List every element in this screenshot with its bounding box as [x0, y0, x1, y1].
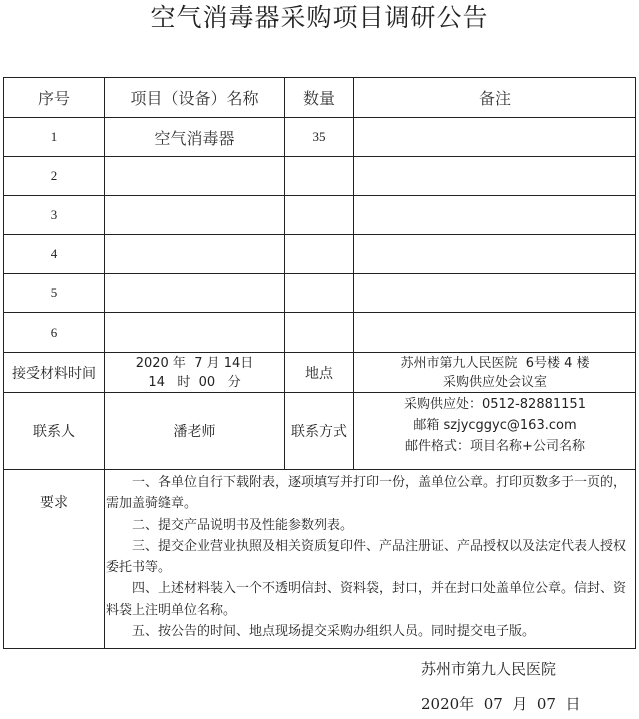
row-quantity [285, 196, 353, 234]
page-title: 空气消毒器采购项目调研公告 [0, 2, 639, 34]
contact-email[interactable]: 邮箱 szjycggyc@163.com [413, 415, 576, 436]
row-item-name [105, 235, 284, 273]
row-index: 1 [4, 118, 104, 156]
receive-time-value: 2020 年 7 月 14日 14 时 00 分 [105, 353, 284, 392]
contact-method-value: 采购供应处：0512-82881151 邮箱 szjycggyc@163.com… [354, 393, 636, 469]
row-item-name [105, 157, 284, 195]
row-item-name [105, 313, 284, 352]
requirement-item: 五、按公告的时间、地点现场提交采购办组织人员。同时提交电子版。 [106, 621, 630, 642]
contact-phone: 采购供应处：0512-82881151 [404, 394, 586, 415]
row-index: 3 [4, 196, 104, 234]
row-index: 6 [4, 313, 104, 352]
row-item-name [105, 274, 284, 312]
receive-time-label: 接受材料时间 [4, 353, 104, 392]
header-item-name: 项目（设备）名称 [105, 78, 284, 117]
row-remarks [354, 157, 636, 195]
row-quantity [285, 313, 353, 352]
row-index: 4 [4, 235, 104, 273]
contact-label: 联系人 [4, 393, 104, 469]
row-index: 5 [4, 274, 104, 312]
row-remarks [354, 313, 636, 352]
row-remarks [354, 274, 636, 312]
row-item-name [105, 196, 284, 234]
row-quantity: 35 [285, 118, 353, 156]
email-format: 邮件格式：项目名称+公司名称 [405, 436, 585, 457]
row-quantity [285, 274, 353, 312]
requirement-item: 一、各单位自行下载附表，逐项填写并打印一份，盖单位公章。打印页数多于一页的，需加… [106, 472, 630, 515]
requirements-label: 要求 [4, 470, 104, 534]
requirement-item: 四、上述材料装入一个不透明信封、资料袋，封口，并在封口处盖单位公章。信封、资料袋… [106, 578, 630, 621]
header-remarks: 备注 [354, 78, 636, 117]
receive-date: 2020 年 7 月 14日 [136, 354, 254, 373]
location-value: 苏州市第九人民医院 6号楼 4 楼 采购供应处会议室 [354, 353, 636, 392]
row-remarks [354, 196, 636, 234]
row-index: 2 [4, 157, 104, 195]
row-quantity [285, 157, 353, 195]
header-quantity: 数量 [285, 78, 353, 117]
requirements-list: 一、各单位自行下载附表，逐项填写并打印一份，盖单位公章。打印页数多于一页的，需加… [104, 470, 634, 642]
row-remarks [354, 235, 636, 273]
signature-date: 2020年 07 月 07 日 [421, 693, 581, 714]
contact-method-label: 联系方式 [285, 393, 353, 469]
requirement-item: 二、提交产品说明书及性能参数列表。 [106, 515, 630, 536]
row-item-name: 空气消毒器 [105, 118, 284, 156]
location-label: 地点 [285, 353, 353, 392]
header-index: 序号 [4, 78, 104, 117]
receive-clock: 14 时 00 分 [148, 373, 240, 392]
contact-person: 潘老师 [105, 393, 284, 469]
location-line-2: 采购供应处会议室 [443, 373, 547, 392]
signature-organization: 苏州市第九人民医院 [421, 658, 556, 679]
row-remarks [354, 118, 636, 156]
row-quantity [285, 235, 353, 273]
requirement-item: 三、提交企业营业执照及相关资质复印件、产品注册证、产品授权以及法定代表人授权委托… [106, 536, 630, 579]
location-line-1: 苏州市第九人民医院 6号楼 4 楼 [400, 354, 589, 373]
